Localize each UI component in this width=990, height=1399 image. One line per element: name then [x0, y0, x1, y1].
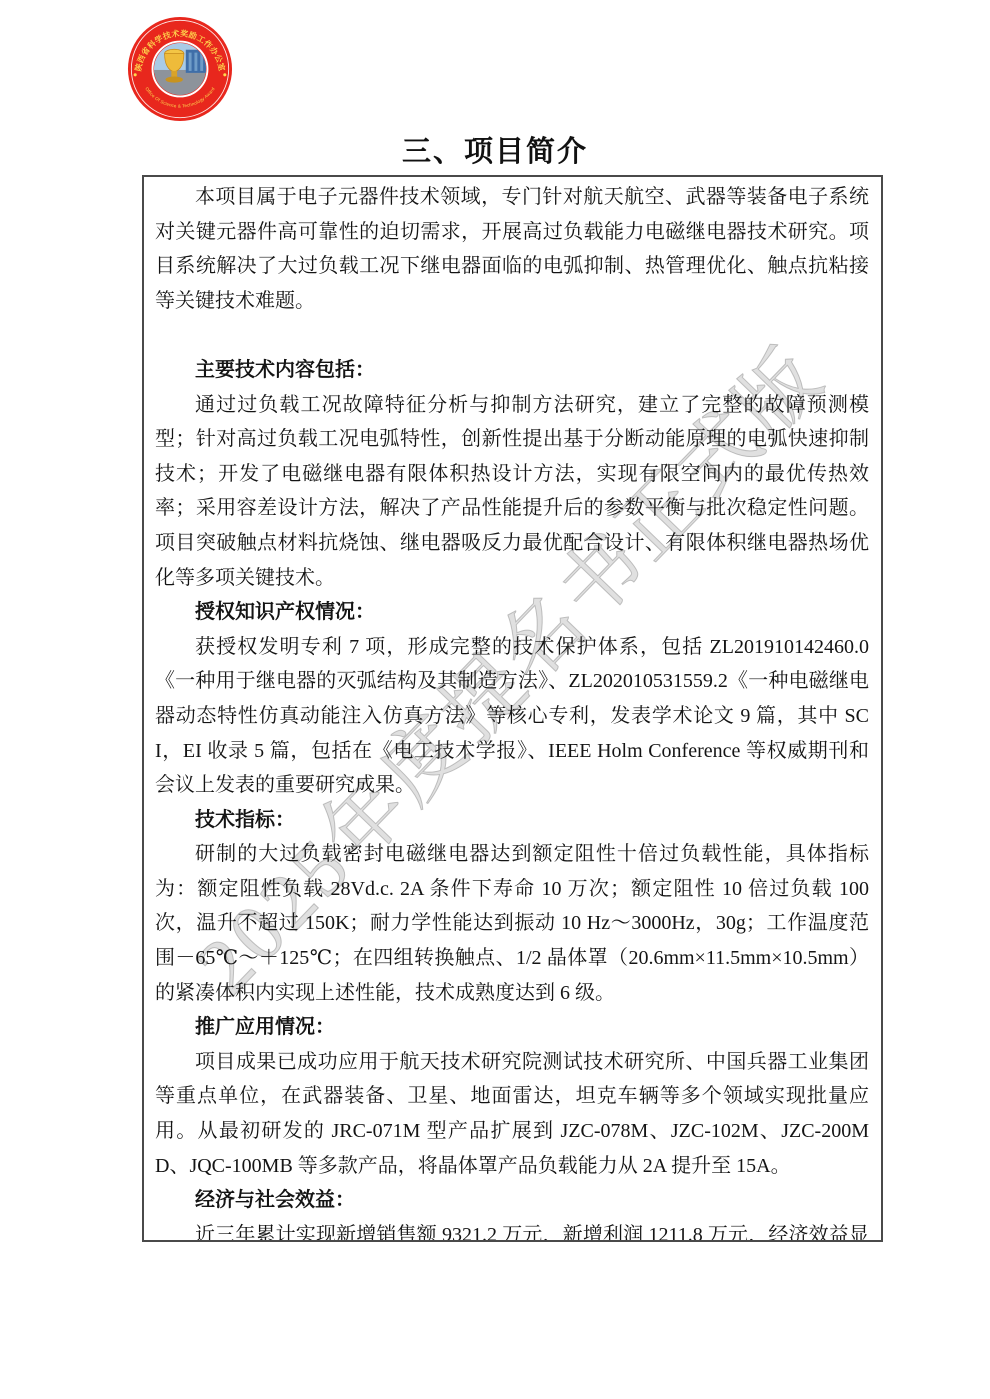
seal-icon: 陕西省科学技术奖励工作办公室 Office Of Science & Techn…: [127, 16, 233, 122]
page-title: 三、项目简介: [0, 129, 990, 170]
section-heading: 授权知识产权情况：: [155, 595, 869, 630]
award-office-seal-logo: 陕西省科学技术奖励工作办公室 Office Of Science & Techn…: [127, 16, 233, 122]
project-summary-box: 本项目属于电子元器件技术领域，专门针对航天航空、武器等装备电子系统对关键元器件高…: [142, 175, 883, 1242]
project-summary-sections: 本项目属于电子元器件技术领域，专门针对航天航空、武器等装备电子系统对关键元器件高…: [155, 180, 869, 1242]
paragraph: 获授权发明专利 7 项，形成完整的技术保护体系，包括 ZL20191014246…: [155, 630, 869, 803]
section-heading: 经济与社会效益：: [155, 1183, 869, 1218]
trophy-icon: [165, 49, 184, 82]
paragraph: 项目成果已成功应用于航天技术研究院测试技术研究所、中国兵器工业集团等重点单位，在…: [155, 1045, 869, 1183]
section-heading: 推广应用情况：: [155, 1010, 869, 1045]
section-heading: 主要技术内容包括：: [155, 353, 869, 388]
paragraph: 通过过负载工况故障特征分析与抑制方法研究，建立了完整的故障预测模型；针对高过负载…: [155, 388, 869, 596]
section-heading: 技术指标：: [155, 803, 869, 838]
paragraph: 本项目属于电子元器件技术领域，专门针对航天航空、武器等装备电子系统对关键元器件高…: [155, 180, 869, 318]
paragraph: 研制的大过负载密封电磁继电器达到额定阻性十倍过负载性能，具体指标为：额定阻性负载…: [155, 837, 869, 1010]
document-page: 陕西省科学技术奖励工作办公室 Office Of Science & Techn…: [0, 0, 990, 1399]
paragraph: 近三年累计实现新增销售额 9321.2 万元，新增利润 1211.8 万元，经济…: [155, 1218, 869, 1242]
